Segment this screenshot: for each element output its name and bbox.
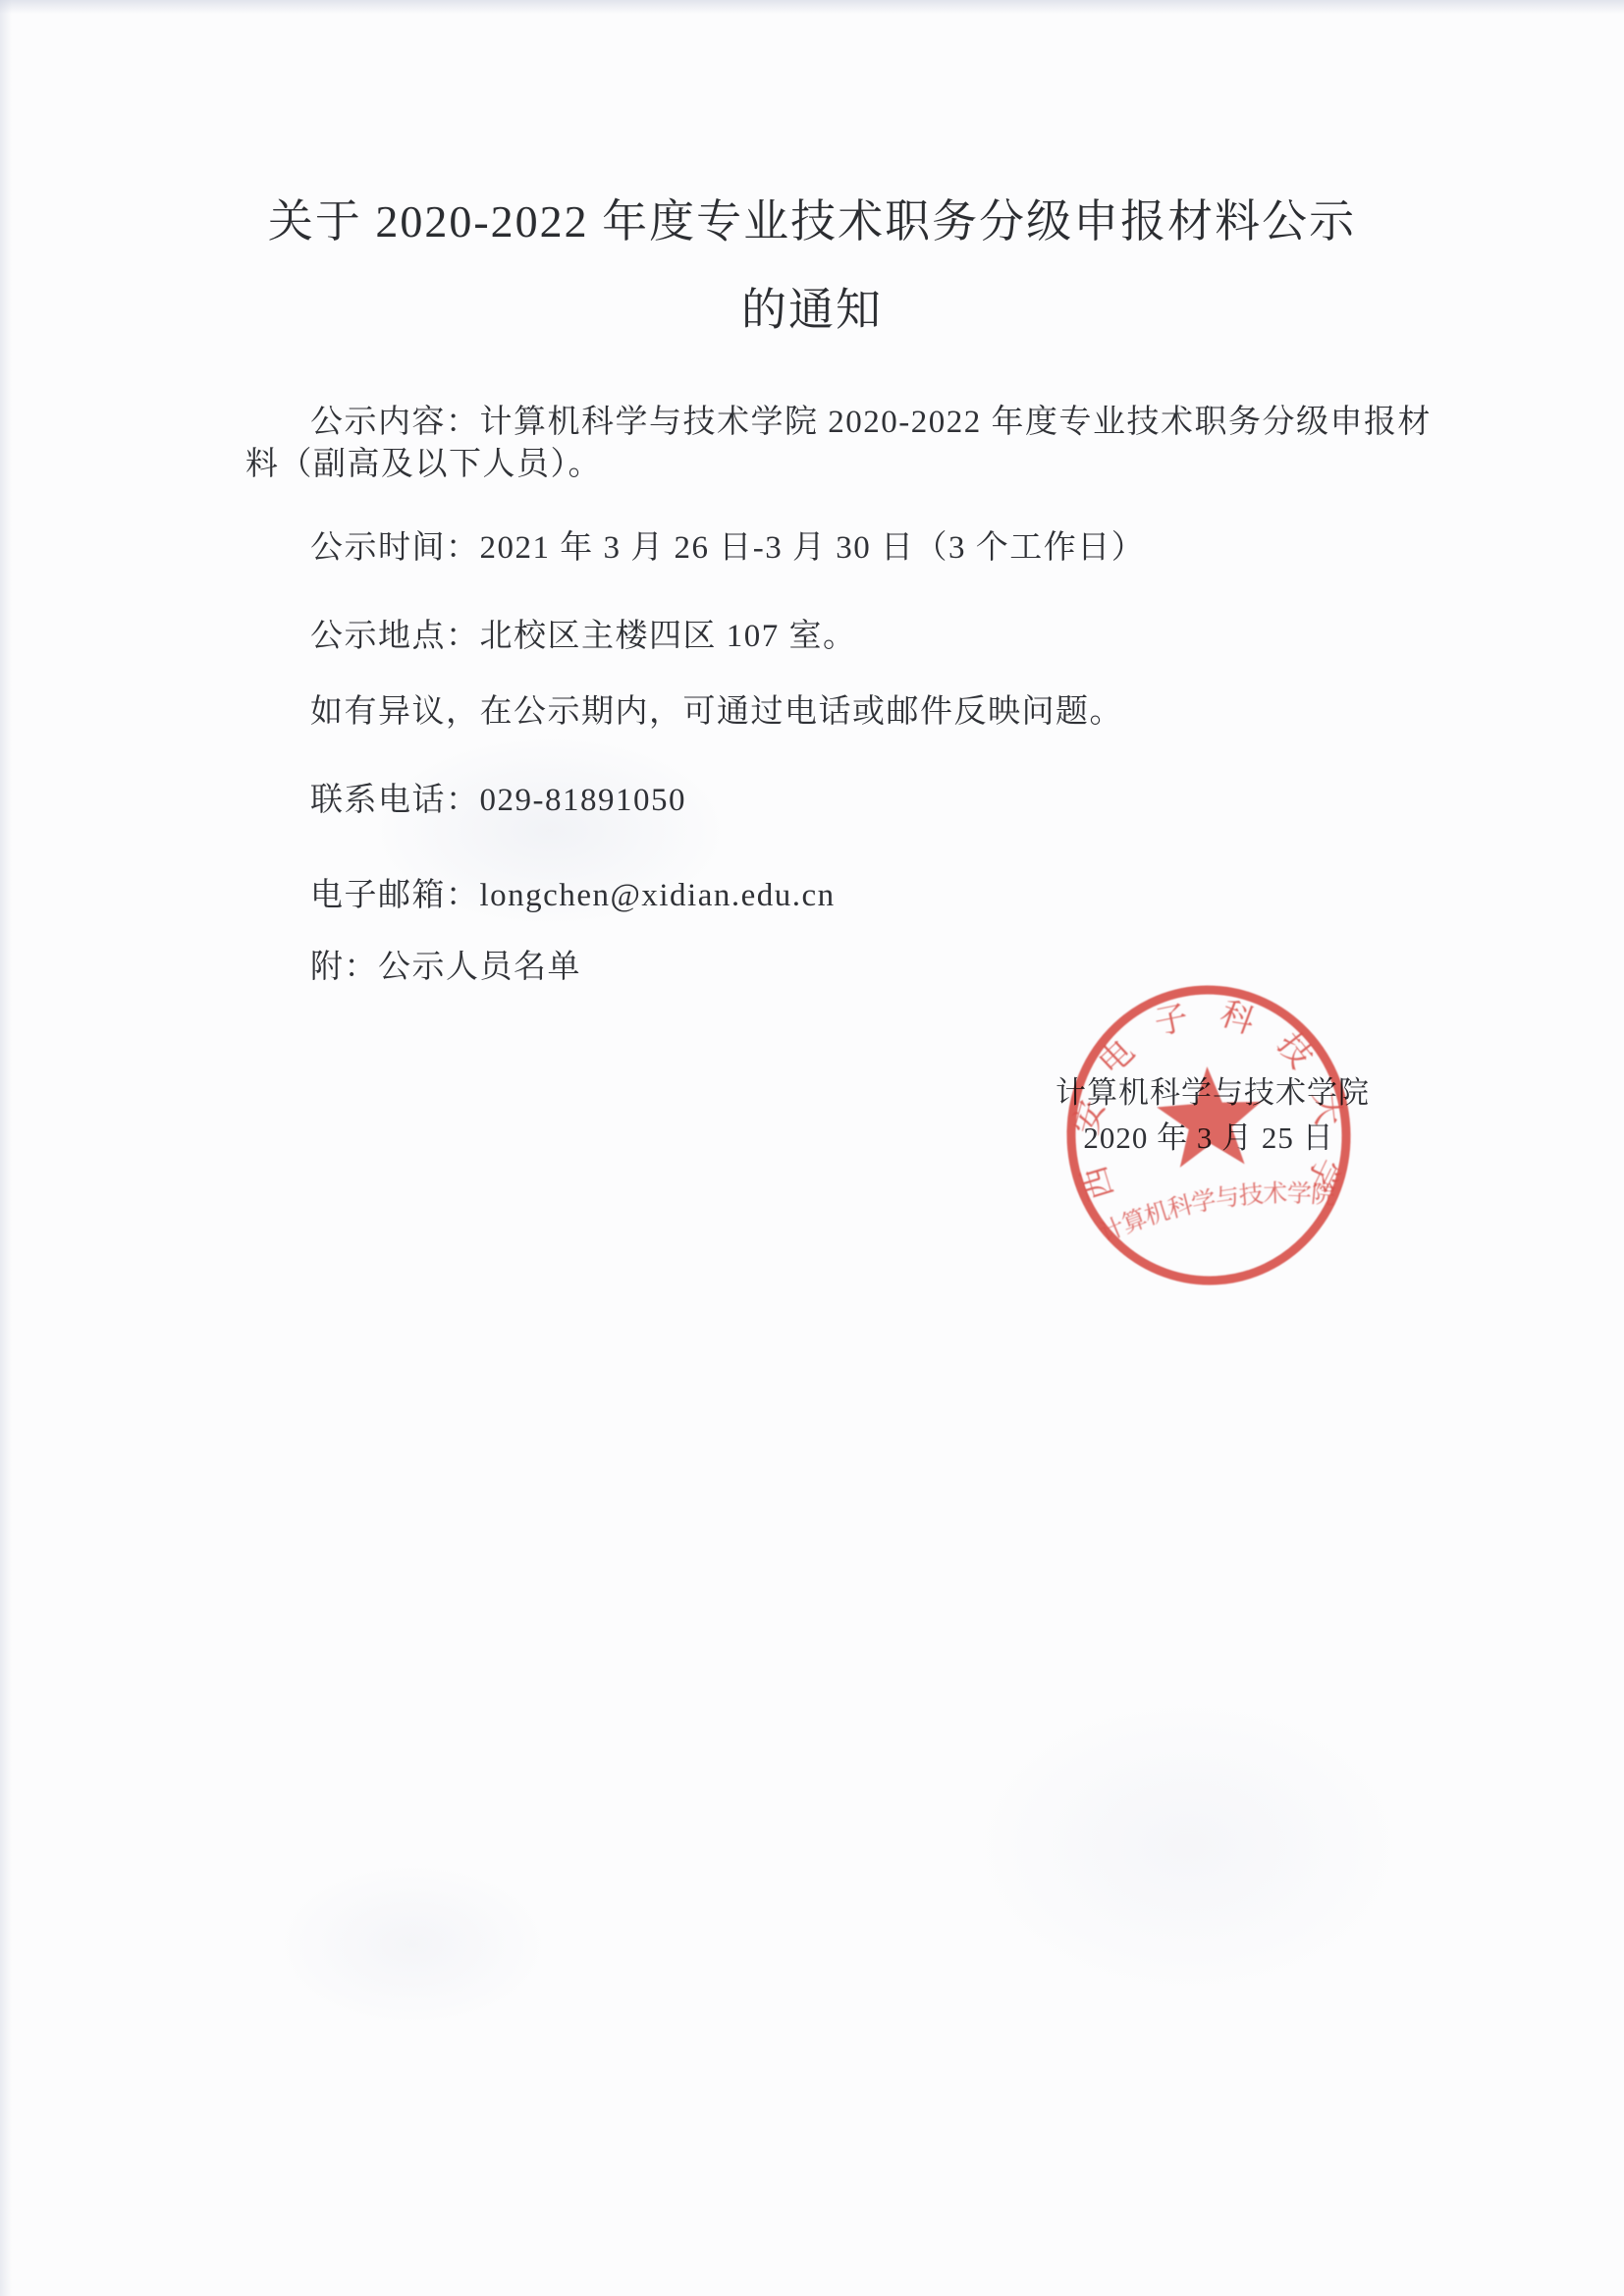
notice-title-line2: 的通知 bbox=[0, 281, 1624, 340]
paragraph-publicity-content-line2: 料（副高及以下人员）。 bbox=[245, 443, 1394, 486]
paragraph-publicity-content-line1: 公示内容：计算机科学与技术学院 2020-2022 年度专业技术职务分级申报材 bbox=[245, 401, 1459, 444]
paragraph-objection-note: 如有异议，在公示期内，可通过电话或邮件反映问题。 bbox=[245, 690, 1459, 734]
official-seal: 西安电子科技大学 计算机科学与技术学院 bbox=[1033, 959, 1383, 1310]
paragraph-contact-phone: 联系电话：029-81891050 bbox=[245, 779, 1459, 822]
scanned-notice-page: 关于 2020-2022 年度专业技术职务分级申报材料公示 的通知 公示内容：计… bbox=[0, 0, 1624, 2296]
paragraph-publicity-time: 公示时间：2021 年 3 月 26 日-3 月 30 日（3 个工作日） bbox=[245, 526, 1459, 570]
paragraph-contact-email: 电子邮箱：longchen@xidian.edu.cn bbox=[245, 874, 1459, 917]
star-icon bbox=[1155, 1064, 1265, 1169]
paragraph-publicity-location: 公示地点：北校区主楼四区 107 室。 bbox=[245, 615, 1459, 658]
notice-title: 关于 2020-2022 年度专业技术职务分级申报材料公示 的通知 bbox=[0, 192, 1624, 340]
notice-title-line1: 关于 2020-2022 年度专业技术职务分级申报材料公示 bbox=[0, 192, 1624, 251]
